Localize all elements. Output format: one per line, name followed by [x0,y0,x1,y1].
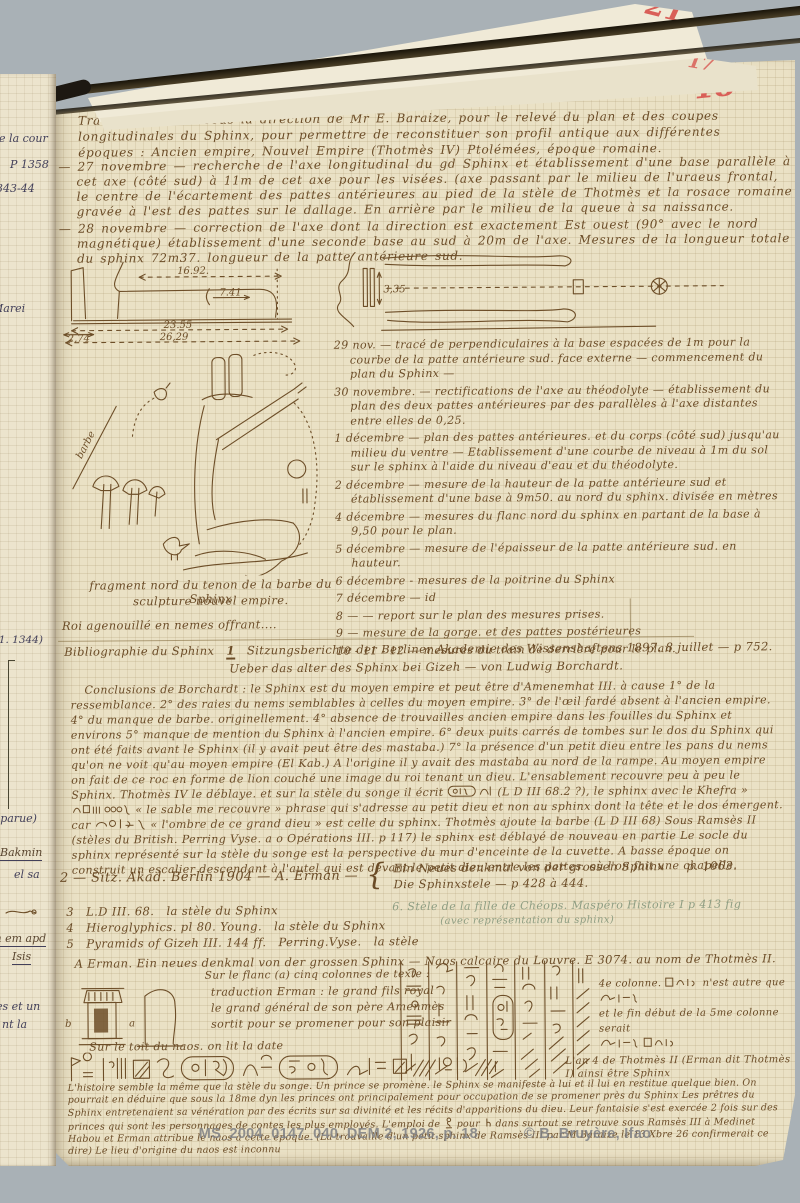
dim-16-92: 16.92. [177,266,209,277]
dim-2-74: 2,74 [67,334,90,345]
bibliography-item-6-pencil: 6. Stèle de la fille de Chéops. Maspéro … [392,897,752,913]
sphinx-profile-sketch: 16.92. 7.41 23.55 2,74 26,29 [59,259,328,347]
hieroglyph-cluster [643,1036,677,1048]
journal-entry: 29 nov. — tracé de perpendiculaires à la… [334,335,786,382]
hieroglyph-cluster [665,976,699,988]
dim-3-35: 3,35 [383,284,405,295]
bibliography-item-1-subtitle: Ueber das alter des Sphinx bei Gizeh — v… [166,658,686,676]
hieroglyph-cluster [95,817,147,830]
bibliography-item-2: 2 — Sitz. Akad. Berlin 1904 — A. Erman —… [60,858,738,895]
facing-page-fragment: nt la [2,1018,27,1031]
naos-label-b: b [65,1019,71,1030]
bibliography-item-number: 1 [226,643,235,659]
item-2-brace: { [366,860,386,890]
facing-page-edge: de la cour P 1358 343-44 Marei (41. 1344… [0,74,56,1166]
bibliography-heading: Bibliographie du Sphinx [64,644,214,659]
final-paragraph: L'histoire semble la même que la stèle d… [68,1077,785,1158]
facing-page-bracket [8,660,15,809]
item-2-line-a-page: p. 1063. [686,859,737,873]
watermark-credit: © B. Bruyère, Ifao [524,1126,651,1142]
item-2-line-b: Die Sphinxstele — p 428 à 444. [394,876,589,892]
journal-entry: 4 décembre — mesures du flanc nord du sp… [335,507,787,540]
dim-7-41: 7.41 [219,287,241,298]
bibliography-item-6-pencil-2: (avec représentation du sphinx) [440,915,614,927]
journal-entry: 7 décembre — id [336,588,788,606]
journal-entry: 5 décembre — mesure de l'épaisseur de la… [335,539,787,572]
naos-label-a: a [129,1018,135,1029]
barbe-label: barbe [74,430,97,461]
fourth-column-note: 4e colonne. n'est autre que et le fin dé… [599,975,796,1052]
sketch-caption-3: Roi agenouillé en nemes offrant.... [62,617,277,633]
journal-entries: 29 nov. — tracé de perpendiculaires à la… [334,335,789,662]
sketch-caption-2: sculpture nouvel empire. [68,593,354,609]
col4-text-b: n'est autre que [703,977,786,989]
facing-page-fragment: el sa [14,868,40,881]
facing-page-fragment: 343-44 [0,182,35,195]
journal-entry: 30 novembre. — rectifications de l'axe a… [334,382,786,429]
conclusions-text-2: (L D III 68.2 ?), le sphinx avec le Khef… [497,783,748,798]
facing-page-fragment: es et un [0,1000,40,1013]
watermark-id: MS_2004_0147_040. DEM 2, 1926, p. 18 [199,1126,478,1142]
notebook-page: Sphinx de Gizeh. 18 Travaux exécutés sou… [55,60,795,1166]
bibliography-item-5: 5 Pyramids of Gizeh III. 144 ff. Perring… [66,934,419,951]
hieroglyph-cluster [599,991,639,1003]
archive-watermark: MS_2004_0147_040. DEM 2, 1926, p. 18 © B… [55,1126,795,1142]
facing-page-fragment: disparue) [0,812,37,825]
bibliography-item-4: 4 Hieroglyphics. pl 80. Young. la stèle … [66,918,385,935]
journal-entry: 1 décembre — plan des pattes antérieures… [334,428,786,475]
col4-text-c: et le fin début de la 5me colonne serait [599,1007,779,1034]
facing-page-fragment: Isis [12,950,31,965]
facing-page-squiggle [4,906,38,918]
facing-page-fragment: Marei [0,302,25,315]
hieroglyph-cluster [599,1036,639,1048]
facing-page-fragment: Bakmin [0,846,42,861]
kneeling-king-sketch: barbe [66,347,326,577]
col4-text-a: 4e colonne. [599,978,662,989]
bibliography-item-3: 3 L.D III. 68. la stèle du Sphinx [66,903,278,919]
hieroglyph-cluster [447,784,493,797]
item-2-line-a: Ein Neues denkmal von der grossen Sphinx [393,859,664,875]
hieroglyph-cluster [71,802,131,815]
facing-page-fragment: (41. 1344) [0,634,43,646]
scanned-notebook-photo: 21 17 de la cour P 1358 343-44 Marei (41… [0,0,800,1203]
journal-entry: 6 décembre - mesures de la poitrine du S… [336,571,788,589]
borchardt-conclusions: Conclusions de Borchardt : le Sphinx est… [70,677,784,878]
facing-page-fragment: de la cour [0,132,48,145]
item-2-head: 2 — Sitz. Akad. Berlin 1904 — A. Erman — [60,861,358,886]
journal-entry: 2 décembre — mesure de la hauteur de la … [335,475,787,508]
entry-27-november: — 27 novembre — recherche de l'axe longi… [58,154,794,220]
facing-page-fragment: P 1358 [10,158,49,171]
journal-entry: 8 — — report sur le plan des mesures pri… [336,606,788,624]
dim-23-55: 23.55 [163,320,193,331]
sphinx-plan-sketch: 3,35 [325,246,740,339]
dim-26-29: 26,29 [159,332,189,343]
facing-page-fragment: en em apd [0,932,46,947]
